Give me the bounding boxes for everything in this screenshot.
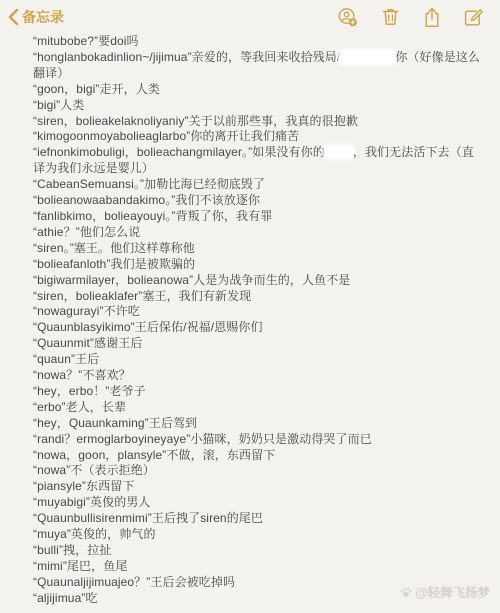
- note-line: “siren。”塞王。他们这样尊称他: [33, 241, 482, 257]
- note-line: “Quaunaljijimuajeo？”王后会被吃掉吗: [33, 575, 482, 591]
- note-line: “iefnonkimobuligi，bolieachangmilayer。”如果…: [33, 145, 482, 177]
- note-line: “hey，Quaunkaming”王后驾到: [33, 416, 482, 432]
- note-text: “fanlibkimo，bolieayouyi。”背叛了你，我有罪: [33, 209, 272, 223]
- note-text: “mitubobe?”要doi吗: [33, 34, 139, 48]
- note-text: “siren，bolieakelaknoliyaniy”关于以前那些事，我真的很…: [33, 114, 358, 128]
- note-line: “kimogoonmoyabolieaglarbo”你的离开让我们痛苦: [33, 129, 482, 145]
- note-text: “aljijimua”吃: [33, 591, 98, 605]
- note-text: “muyabigi”英俊的男人: [33, 495, 151, 509]
- note-line: “hey，erbo！”老爷子: [33, 384, 482, 400]
- note-text: “hey，erbo！”老爷子: [33, 384, 146, 398]
- back-label: 备忘录: [22, 7, 64, 27]
- note-text: “goon，bigi”走开，人类: [33, 82, 160, 96]
- note-line: “nowa，goon，plansyle”不做，滚，东西留下: [33, 448, 482, 464]
- note-line: “piansyle”东西留下: [33, 479, 482, 495]
- note-text: “quaun”王后: [33, 352, 99, 366]
- note-line: “nowagurayi”不许吃: [33, 304, 482, 320]
- nav-bar: 备忘录: [0, 0, 500, 30]
- note-text: “honglanbokadinlion~/jijimua”亲爱的，等我回来收拾残…: [33, 50, 340, 64]
- add-people-icon: [338, 7, 358, 28]
- note-text: “mimi”尾巴，鱼尾: [33, 559, 127, 573]
- note-text: “kimogoonmoyabolieaglarbo”你的离开让我们痛苦: [33, 129, 299, 143]
- note-text: “bigi”人类: [33, 98, 84, 112]
- note-text: “siren。”塞王。他们这样尊称他: [33, 241, 195, 255]
- note-line: “Quaunbullisirenmimi”王后拽了siren的尾巴: [33, 511, 482, 527]
- note-text: “nowagurayi”不许吃: [33, 304, 140, 318]
- note-line: “quaun”王后: [33, 352, 482, 368]
- note-line: “athie？”他们怎么说: [33, 225, 482, 241]
- nav-actions: [338, 7, 488, 27]
- note-text: “bulli”拽，拉扯: [33, 543, 111, 557]
- note-line: “fanlibkimo，bolieayouyi。”背叛了你，我有罪: [33, 209, 482, 225]
- note-text: “Quaunbullisirenmimi”王后拽了siren的尾巴: [33, 511, 263, 525]
- note-text: “bigiwarmilayer，bolieanowa”人是为战争而生的，人鱼不是: [33, 273, 350, 287]
- redaction-box: [340, 51, 395, 63]
- note-text: “randi？ermoglarboyineyaye”小猫咪，奶奶只是激动得哭了而…: [33, 432, 372, 446]
- note-text: “hey，Quaunkaming”王后驾到: [33, 416, 197, 430]
- note-line: “Quaunblasyikimo”王后保佑/祝福/恩赐你们: [33, 320, 482, 336]
- note-line: “siren，bolieakelaknoliyaniy”关于以前那些事，我真的很…: [33, 114, 482, 130]
- note-line: “nowa？”不喜欢？: [33, 368, 482, 384]
- back-chevron-icon: [8, 8, 19, 26]
- note-line: “aljijimua”吃: [33, 591, 482, 607]
- note-line: “nowa”不（表示拒绝）: [33, 463, 482, 479]
- back-button[interactable]: 备忘录: [8, 7, 64, 27]
- note-text: “piansyle”东西留下: [33, 479, 134, 493]
- note-text: “bolieanowaabandakimo。”我们不该放逐你: [33, 193, 260, 207]
- note-text: “CabeanSemuansi。”加勒比海已经彻底毁了: [33, 177, 265, 191]
- note-text: “iefnonkimobuligi，bolieachangmilayer。”如果…: [33, 145, 325, 159]
- share-icon: [423, 7, 441, 28]
- note-text: “Quaunmit”感谢王后: [33, 336, 142, 350]
- delete-button[interactable]: [380, 7, 400, 27]
- share-button[interactable]: [422, 7, 442, 27]
- redaction-box: [325, 146, 353, 158]
- note-text: “siren，bolieaklafer”塞王，我们有新发现: [33, 289, 251, 303]
- note-text: “nowa，goon，plansyle”不做，滚，东西留下: [33, 448, 275, 462]
- collaborate-button[interactable]: [338, 7, 358, 27]
- note-line: “bolieafanloth”我们是被欺骗的: [33, 257, 482, 273]
- note-line: “muyabigi”英俊的男人: [33, 495, 482, 511]
- note-text: “nowa？”不喜欢？: [33, 368, 131, 382]
- notes-app-window: 备忘录: [0, 0, 500, 613]
- note-line: “CabeanSemuansi。”加勒比海已经彻底毁了: [33, 177, 482, 193]
- note-line: “bulli”拽，拉扯: [33, 543, 482, 559]
- note-line: “siren，bolieaklafer”塞王，我们有新发现: [33, 289, 482, 305]
- note-line: “mitubobe?”要doi吗: [33, 34, 482, 50]
- note-line: “erbo”老人，长辈: [33, 400, 482, 416]
- note-line: “bigiwarmilayer，bolieanowa”人是为战争而生的，人鱼不是: [33, 273, 482, 289]
- note-text: “Quaunaljijimuajeo？”王后会被吃掉吗: [33, 575, 235, 589]
- trash-icon: [381, 7, 400, 27]
- note-line: “bigi”人类: [33, 98, 482, 114]
- note-line: “bolieanowaabandakimo。”我们不该放逐你: [33, 193, 482, 209]
- note-text: “erbo”老人，长辈: [33, 400, 126, 414]
- note-line: “Quaunmit”感谢王后: [33, 336, 482, 352]
- note-line: “randi？ermoglarboyineyaye”小猫咪，奶奶只是激动得哭了而…: [33, 432, 482, 448]
- note-line: “muya”英俊的，帅气的: [33, 527, 482, 543]
- compose-icon: [464, 7, 484, 27]
- note-body[interactable]: “mitubobe?”要doi吗“honglanbokadinlion~/jij…: [0, 30, 500, 607]
- note-text: “nowa”不（表示拒绝）: [33, 463, 155, 477]
- note-line: “goon，bigi”走开，人类: [33, 82, 482, 98]
- note-text: “bolieafanloth”我们是被欺骗的: [33, 257, 195, 271]
- note-text: “Quaunblasyikimo”王后保佑/祝福/恩赐你们: [33, 320, 263, 334]
- compose-button[interactable]: [464, 7, 484, 27]
- note-text: “athie？”他们怎么说: [33, 225, 140, 239]
- note-text: “muya”英俊的，帅气的: [33, 527, 156, 541]
- note-line: “honglanbokadinlion~/jijimua”亲爱的，等我回来收拾残…: [33, 50, 482, 82]
- note-line: “mimi”尾巴，鱼尾: [33, 559, 482, 575]
